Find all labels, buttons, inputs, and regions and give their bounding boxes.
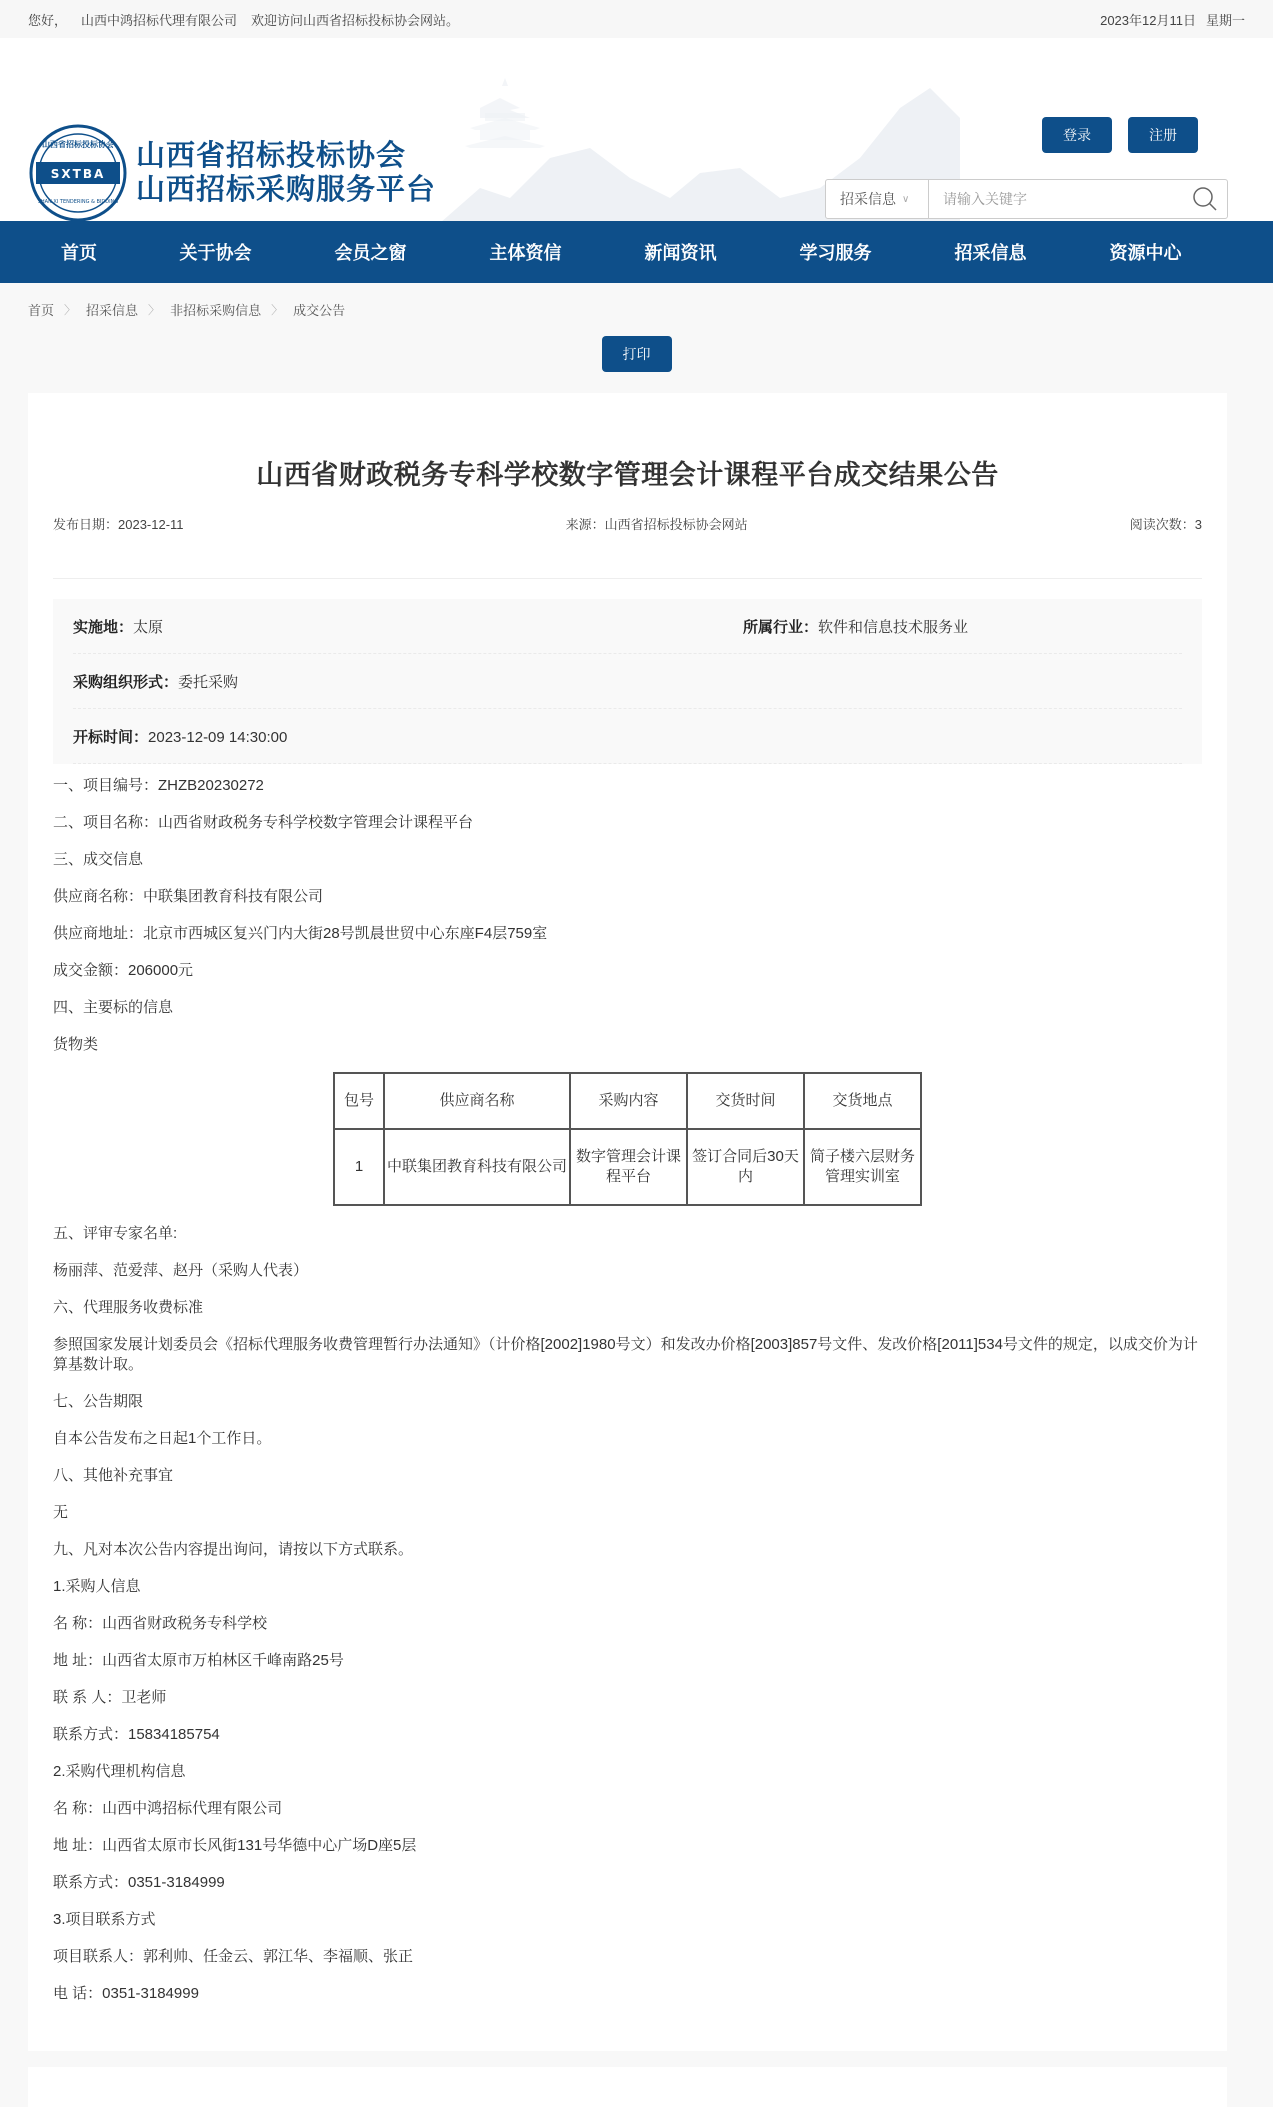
welcome-message: 欢迎访问山西省招标投标协会网站。	[251, 13, 459, 28]
spacer	[0, 2051, 1273, 2067]
svg-text:SHAN XI TENDERING & BIDDING: SHAN XI TENDERING & BIDDING	[38, 199, 119, 205]
table-cell: 1	[334, 1129, 384, 1205]
greeting: 您好，	[28, 13, 67, 28]
paragraph: 电 话：0351-3184999	[53, 1984, 1202, 2004]
nav-item-home[interactable]: 首页	[20, 239, 138, 265]
paragraph: 联系方式：0351-3184999	[53, 1873, 1202, 1893]
breadcrumb-procurement[interactable]: 招采信息	[86, 300, 138, 319]
nav-item-members[interactable]: 会员之窗	[293, 239, 448, 265]
welcome-text: 您好，山西中鸿招标代理有限公司欢迎访问山西省招标投标协会网站。	[28, 10, 473, 29]
paragraph: 地 址：山西省太原市长风街131号华德中心广场D座5层	[53, 1836, 1202, 1856]
sxtba-logo-icon: SXTBA 山西省招标投标协会 SHAN XI TENDERING & BIDD…	[28, 123, 128, 221]
print-button[interactable]: 打印	[602, 336, 672, 372]
paragraph: 联系方式：15834185754	[53, 1725, 1202, 1745]
goods-table: 包号 供应商名称 采购内容 交货时间 交货地点 1 中联集团教育科技有限公司 数…	[333, 1072, 922, 1206]
search-icon	[1192, 186, 1218, 212]
paragraph: 六、代理服务收费标准	[53, 1298, 1202, 1318]
article-title: 山西省财政税务专科学校数字管理会计课程平台成交结果公告	[53, 453, 1202, 492]
article-card: 山西省财政税务专科学校数字管理会计课程平台成交结果公告 发布日期：2023-12…	[28, 393, 1227, 2051]
project-info-box: 实施地：太原 所属行业：软件和信息技术服务业 采购组织形式：委托采购 开标时间：…	[53, 599, 1202, 764]
paragraph: 七、公告期限	[53, 1392, 1202, 1412]
article-body: 一、项目编号：ZHZB20230272 二、项目名称：山西省财政税务专科学校数字…	[53, 776, 1202, 2004]
info-org-form: 采购组织形式：委托采购	[73, 671, 238, 692]
paragraph: 供应商地址：北京市西城区复兴门内大街28号凯晨世贸中心东座F4层759室	[53, 924, 1202, 944]
chevron-right-icon: 〉	[148, 301, 160, 318]
date-text: 2023年12月11日	[1100, 13, 1196, 28]
info-open-time: 开标时间：2023-12-09 14:30:00	[73, 726, 287, 747]
divider	[53, 578, 1202, 579]
info-label: 采购组织形式：	[73, 674, 178, 691]
paragraph: 五、评审专家名单:	[53, 1224, 1202, 1244]
search-input[interactable]	[929, 180, 1183, 218]
svg-text:SXTBA: SXTBA	[51, 167, 106, 181]
info-value: 委托采购	[178, 674, 238, 691]
column-header: 包号	[334, 1073, 384, 1129]
current-date: 2023年12月11日星期一	[1090, 10, 1245, 29]
next-section-card	[28, 2067, 1227, 2107]
article-source: 来源：山西省招标投标协会网站	[566, 514, 748, 533]
column-header: 供应商名称	[384, 1073, 570, 1129]
paragraph: 杨丽萍、范爱萍、赵丹（采购人代表）	[53, 1261, 1202, 1281]
search-category-select[interactable]: 招采信息 ∨	[826, 180, 929, 218]
info-location: 实施地：太原	[73, 616, 743, 637]
breadcrumb-current: 成交公告	[293, 300, 345, 319]
paragraph: 参照国家发展计划委员会《招标代理服务收费管理暂行办法通知》（计价格[2002]1…	[53, 1335, 1202, 1375]
login-button[interactable]: 登录	[1042, 117, 1112, 153]
chevron-right-icon: 〉	[271, 301, 283, 318]
logo-line-1: 山西省招标投标协会	[136, 139, 436, 173]
paragraph: 3.项目联系方式	[53, 1910, 1202, 1930]
table-row: 1 中联集团教育科技有限公司 数字管理会计课程平台 签订合同后30天内 简子楼六…	[334, 1129, 921, 1205]
weekday-text: 星期一	[1206, 13, 1245, 28]
chevron-right-icon: 〉	[64, 301, 76, 318]
column-header: 采购内容	[570, 1073, 687, 1129]
paragraph: 无	[53, 1503, 1202, 1523]
register-button[interactable]: 注册	[1128, 117, 1198, 153]
breadcrumb-non-tender[interactable]: 非招标采购信息	[170, 300, 261, 319]
column-header: 交货时间	[687, 1073, 804, 1129]
publish-date: 发布日期：2023-12-11	[53, 514, 184, 533]
info-row: 采购组织形式：委托采购	[73, 654, 1182, 709]
paragraph: 地 址：山西省太原市万柏林区千峰南路25号	[53, 1651, 1202, 1671]
site-header: SXTBA 山西省招标投标协会 SHAN XI TENDERING & BIDD…	[0, 38, 1273, 221]
paragraph: 成交金额：206000元	[53, 961, 1202, 981]
svg-text:山西省招标投标协会: 山西省招标投标协会	[42, 139, 114, 149]
logo-line-2: 山西招标采购服务平台	[136, 173, 436, 207]
paragraph: 2.采购代理机构信息	[53, 1762, 1202, 1782]
nav-item-credit[interactable]: 主体资信	[448, 239, 603, 265]
site-logo[interactable]: SXTBA 山西省招标投标协会 SHAN XI TENDERING & BIDD…	[28, 123, 436, 221]
search-bar: 招采信息 ∨	[825, 179, 1228, 219]
paragraph: 三、成交信息	[53, 850, 1202, 870]
table-cell: 数字管理会计课程平台	[570, 1129, 687, 1205]
paragraph: 九、凡对本次公告内容提出询问，请按以下方式联系。	[53, 1540, 1202, 1560]
paragraph: 1.采购人信息	[53, 1577, 1202, 1597]
info-row: 实施地：太原 所属行业：软件和信息技术服务业	[73, 599, 1182, 654]
table-cell: 签订合同后30天内	[687, 1129, 804, 1205]
nav-item-learning[interactable]: 学习服务	[758, 239, 913, 265]
top-bar: 您好，山西中鸿招标代理有限公司欢迎访问山西省招标投标协会网站。 2023年12月…	[0, 0, 1273, 38]
logo-title: 山西省招标投标协会 山西招标采购服务平台	[136, 139, 436, 207]
info-label: 所属行业：	[743, 619, 818, 636]
table-header-row: 包号 供应商名称 采购内容 交货时间 交货地点	[334, 1073, 921, 1129]
info-value: 太原	[133, 619, 163, 636]
breadcrumb: 首页 〉 招采信息 〉 非招标采购信息 〉 成交公告	[0, 283, 1273, 335]
nav-item-procurement[interactable]: 招采信息	[913, 239, 1068, 265]
paragraph: 联 系 人：卫老师	[53, 1688, 1202, 1708]
paragraph: 名 称：山西省财政税务专科学校	[53, 1614, 1202, 1634]
nav-item-about[interactable]: 关于协会	[138, 239, 293, 265]
paragraph: 一、项目编号：ZHZB20230272	[53, 776, 1202, 796]
column-header: 交货地点	[804, 1073, 921, 1129]
paragraph: 自本公告发布之日起1个工作日。	[53, 1429, 1202, 1449]
paragraph: 项目联系人：郭利帅、任金云、郭江华、李福顺、张正	[53, 1947, 1202, 1967]
chevron-down-icon: ∨	[902, 194, 909, 205]
paragraph: 供应商名称：中联集团教育科技有限公司	[53, 887, 1202, 907]
info-value: 软件和信息技术服务业	[818, 619, 968, 636]
paragraph: 四、主要标的信息	[53, 998, 1202, 1018]
info-row: 开标时间：2023-12-09 14:30:00	[73, 709, 1182, 764]
paragraph: 八、其他补充事宜	[53, 1466, 1202, 1486]
table-cell: 中联集团教育科技有限公司	[384, 1129, 570, 1205]
article-meta: 发布日期：2023-12-11 来源：山西省招标投标协会网站 阅读次数：3	[53, 514, 1202, 533]
paragraph: 二、项目名称：山西省财政税务专科学校数字管理会计课程平台	[53, 813, 1202, 833]
info-value: 2023-12-09 14:30:00	[148, 729, 287, 746]
user-company: 山西中鸿招标代理有限公司	[81, 13, 237, 28]
auth-buttons: 登录 注册	[1042, 117, 1198, 153]
nav-item-news[interactable]: 新闻资讯	[603, 239, 758, 265]
table-cell: 简子楼六层财务管理实训室	[804, 1129, 921, 1205]
paragraph: 名 称：山西中鸿招标代理有限公司	[53, 1799, 1202, 1819]
info-industry: 所属行业：软件和信息技术服务业	[743, 616, 968, 637]
info-label: 实施地：	[73, 619, 133, 636]
search-category-value: 招采信息	[840, 189, 896, 209]
breadcrumb-home[interactable]: 首页	[28, 300, 54, 319]
print-row: 打印	[0, 336, 1273, 393]
view-count: 阅读次数：3	[1130, 514, 1202, 533]
paragraph: 货物类	[53, 1035, 1202, 1055]
main-nav: 首页 关于协会 会员之窗 主体资信 新闻资讯 学习服务 招采信息 资源中心	[0, 221, 1273, 283]
info-label: 开标时间：	[73, 729, 148, 746]
nav-item-resources[interactable]: 资源中心	[1068, 239, 1223, 265]
search-button[interactable]	[1183, 180, 1227, 218]
